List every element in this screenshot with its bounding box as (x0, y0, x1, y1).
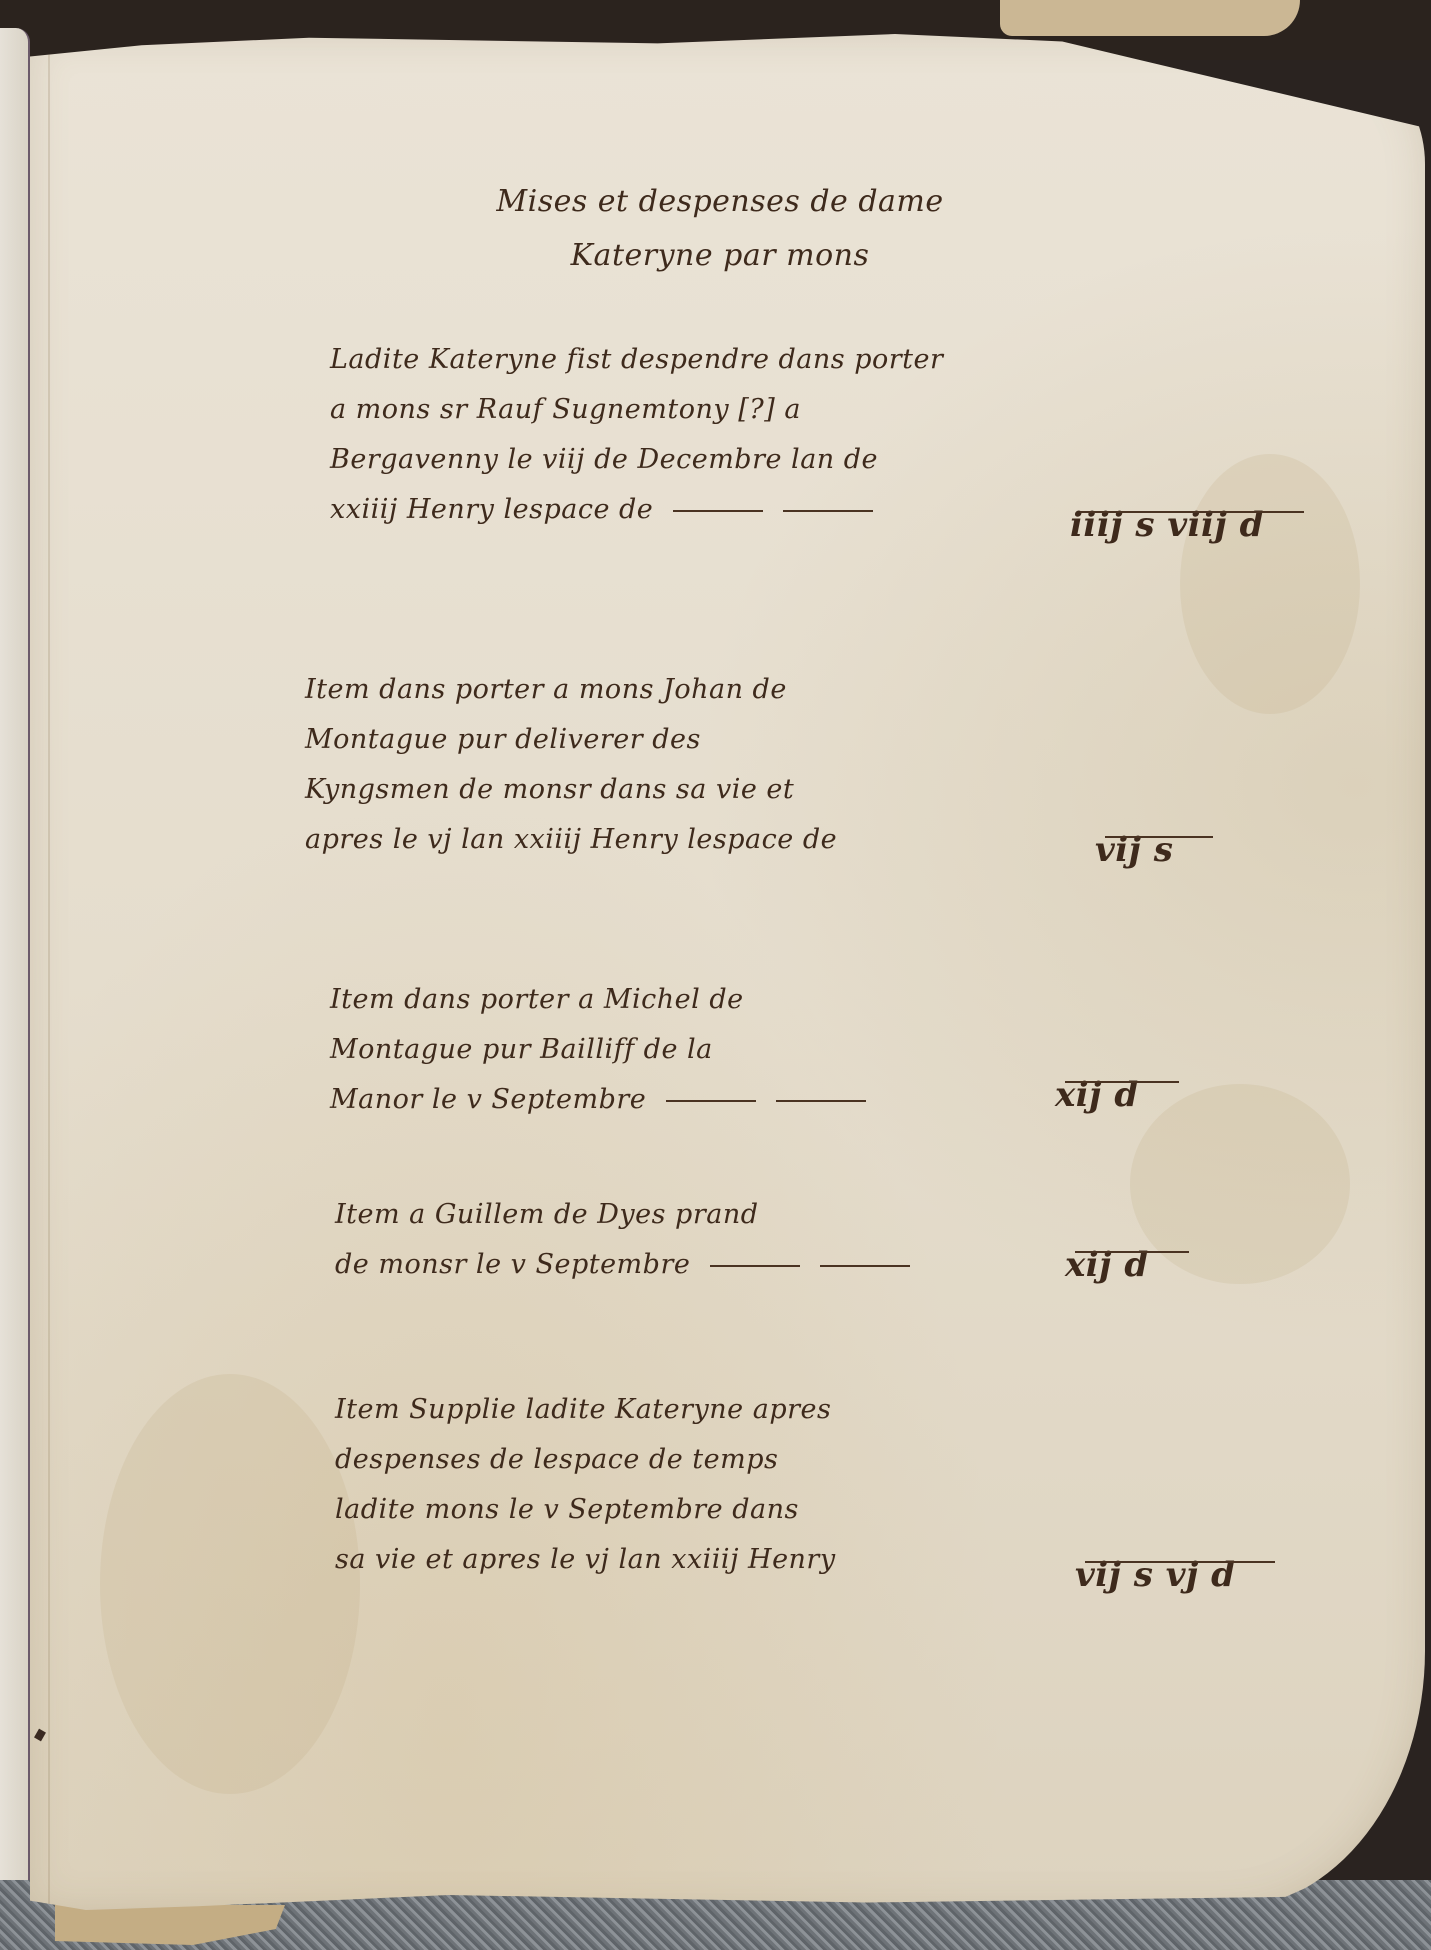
heading-line: Kateryne par mons (440, 229, 1000, 283)
entry-line: Item Supplie ladite Kateryne apres (335, 1385, 836, 1435)
entry-sum: vij s vj d (1075, 1555, 1235, 1595)
fill-dash (776, 1100, 866, 1102)
entry-line: despenses de lespace de temps (335, 1435, 836, 1485)
entry-line: Item dans porter a mons Johan de (305, 665, 837, 715)
entry-sum: vij s (1095, 830, 1173, 870)
paper-stain (1130, 1084, 1350, 1284)
account-entry: Ladite Kateryne fist despendre dans port… (330, 335, 943, 535)
entry-line: Item a Guillem de Dyes prand (335, 1190, 910, 1240)
underlying-leaf-edge-top (1000, 0, 1300, 36)
entry-line: Montague pur Bailliff de la (330, 1025, 866, 1075)
entry-sum: xij d (1055, 1075, 1139, 1115)
page-heading: Mises et despenses de dame Kateryne par … (440, 175, 1000, 283)
entry-line: Montague pur deliverer des (305, 715, 837, 765)
account-entry: Item dans porter a Michel de Montague pu… (330, 975, 866, 1125)
entry-line: ladite mons le v Septembre dans (335, 1485, 836, 1535)
account-entry: Item dans porter a mons Johan de Montagu… (305, 665, 837, 865)
entry-sum: xij d (1065, 1245, 1149, 1285)
manuscript-page (30, 34, 1425, 1910)
entry-line: apres le vj lan xxiiij Henry lespace de (305, 815, 837, 865)
fill-dash (820, 1265, 910, 1267)
entry-line: Kyngsmen de monsr dans sa vie et (305, 765, 837, 815)
fill-dash (666, 1100, 756, 1102)
entry-line: Manor le v Septembre (330, 1075, 866, 1125)
fill-dash (710, 1265, 800, 1267)
entry-line: Bergavenny le viij de Decembre lan de (330, 435, 943, 485)
account-entry: Item a Guillem de Dyes prand de monsr le… (335, 1190, 910, 1290)
entry-line: sa vie et apres le vj lan xxiiij Henry (335, 1535, 836, 1585)
facing-leaf-edge (0, 28, 30, 1908)
entry-line: a mons sr Rauf Sugnemtony [?] a (330, 385, 943, 435)
account-entry: Item Supplie ladite Kateryne apres despe… (335, 1385, 836, 1585)
fill-dash (783, 510, 873, 512)
paper-stain (1180, 454, 1360, 714)
binding-fold (48, 34, 50, 1910)
entry-line: Item dans porter a Michel de (330, 975, 866, 1025)
entry-line: xxiiij Henry lespace de (330, 485, 943, 535)
entry-sum: iiij s viij d (1070, 505, 1264, 545)
entry-line: Ladite Kateryne fist despendre dans port… (330, 335, 943, 385)
paper-stain (100, 1374, 360, 1794)
heading-line: Mises et despenses de dame (440, 175, 1000, 229)
fill-dash (673, 510, 763, 512)
entry-line: de monsr le v Septembre (335, 1240, 910, 1290)
